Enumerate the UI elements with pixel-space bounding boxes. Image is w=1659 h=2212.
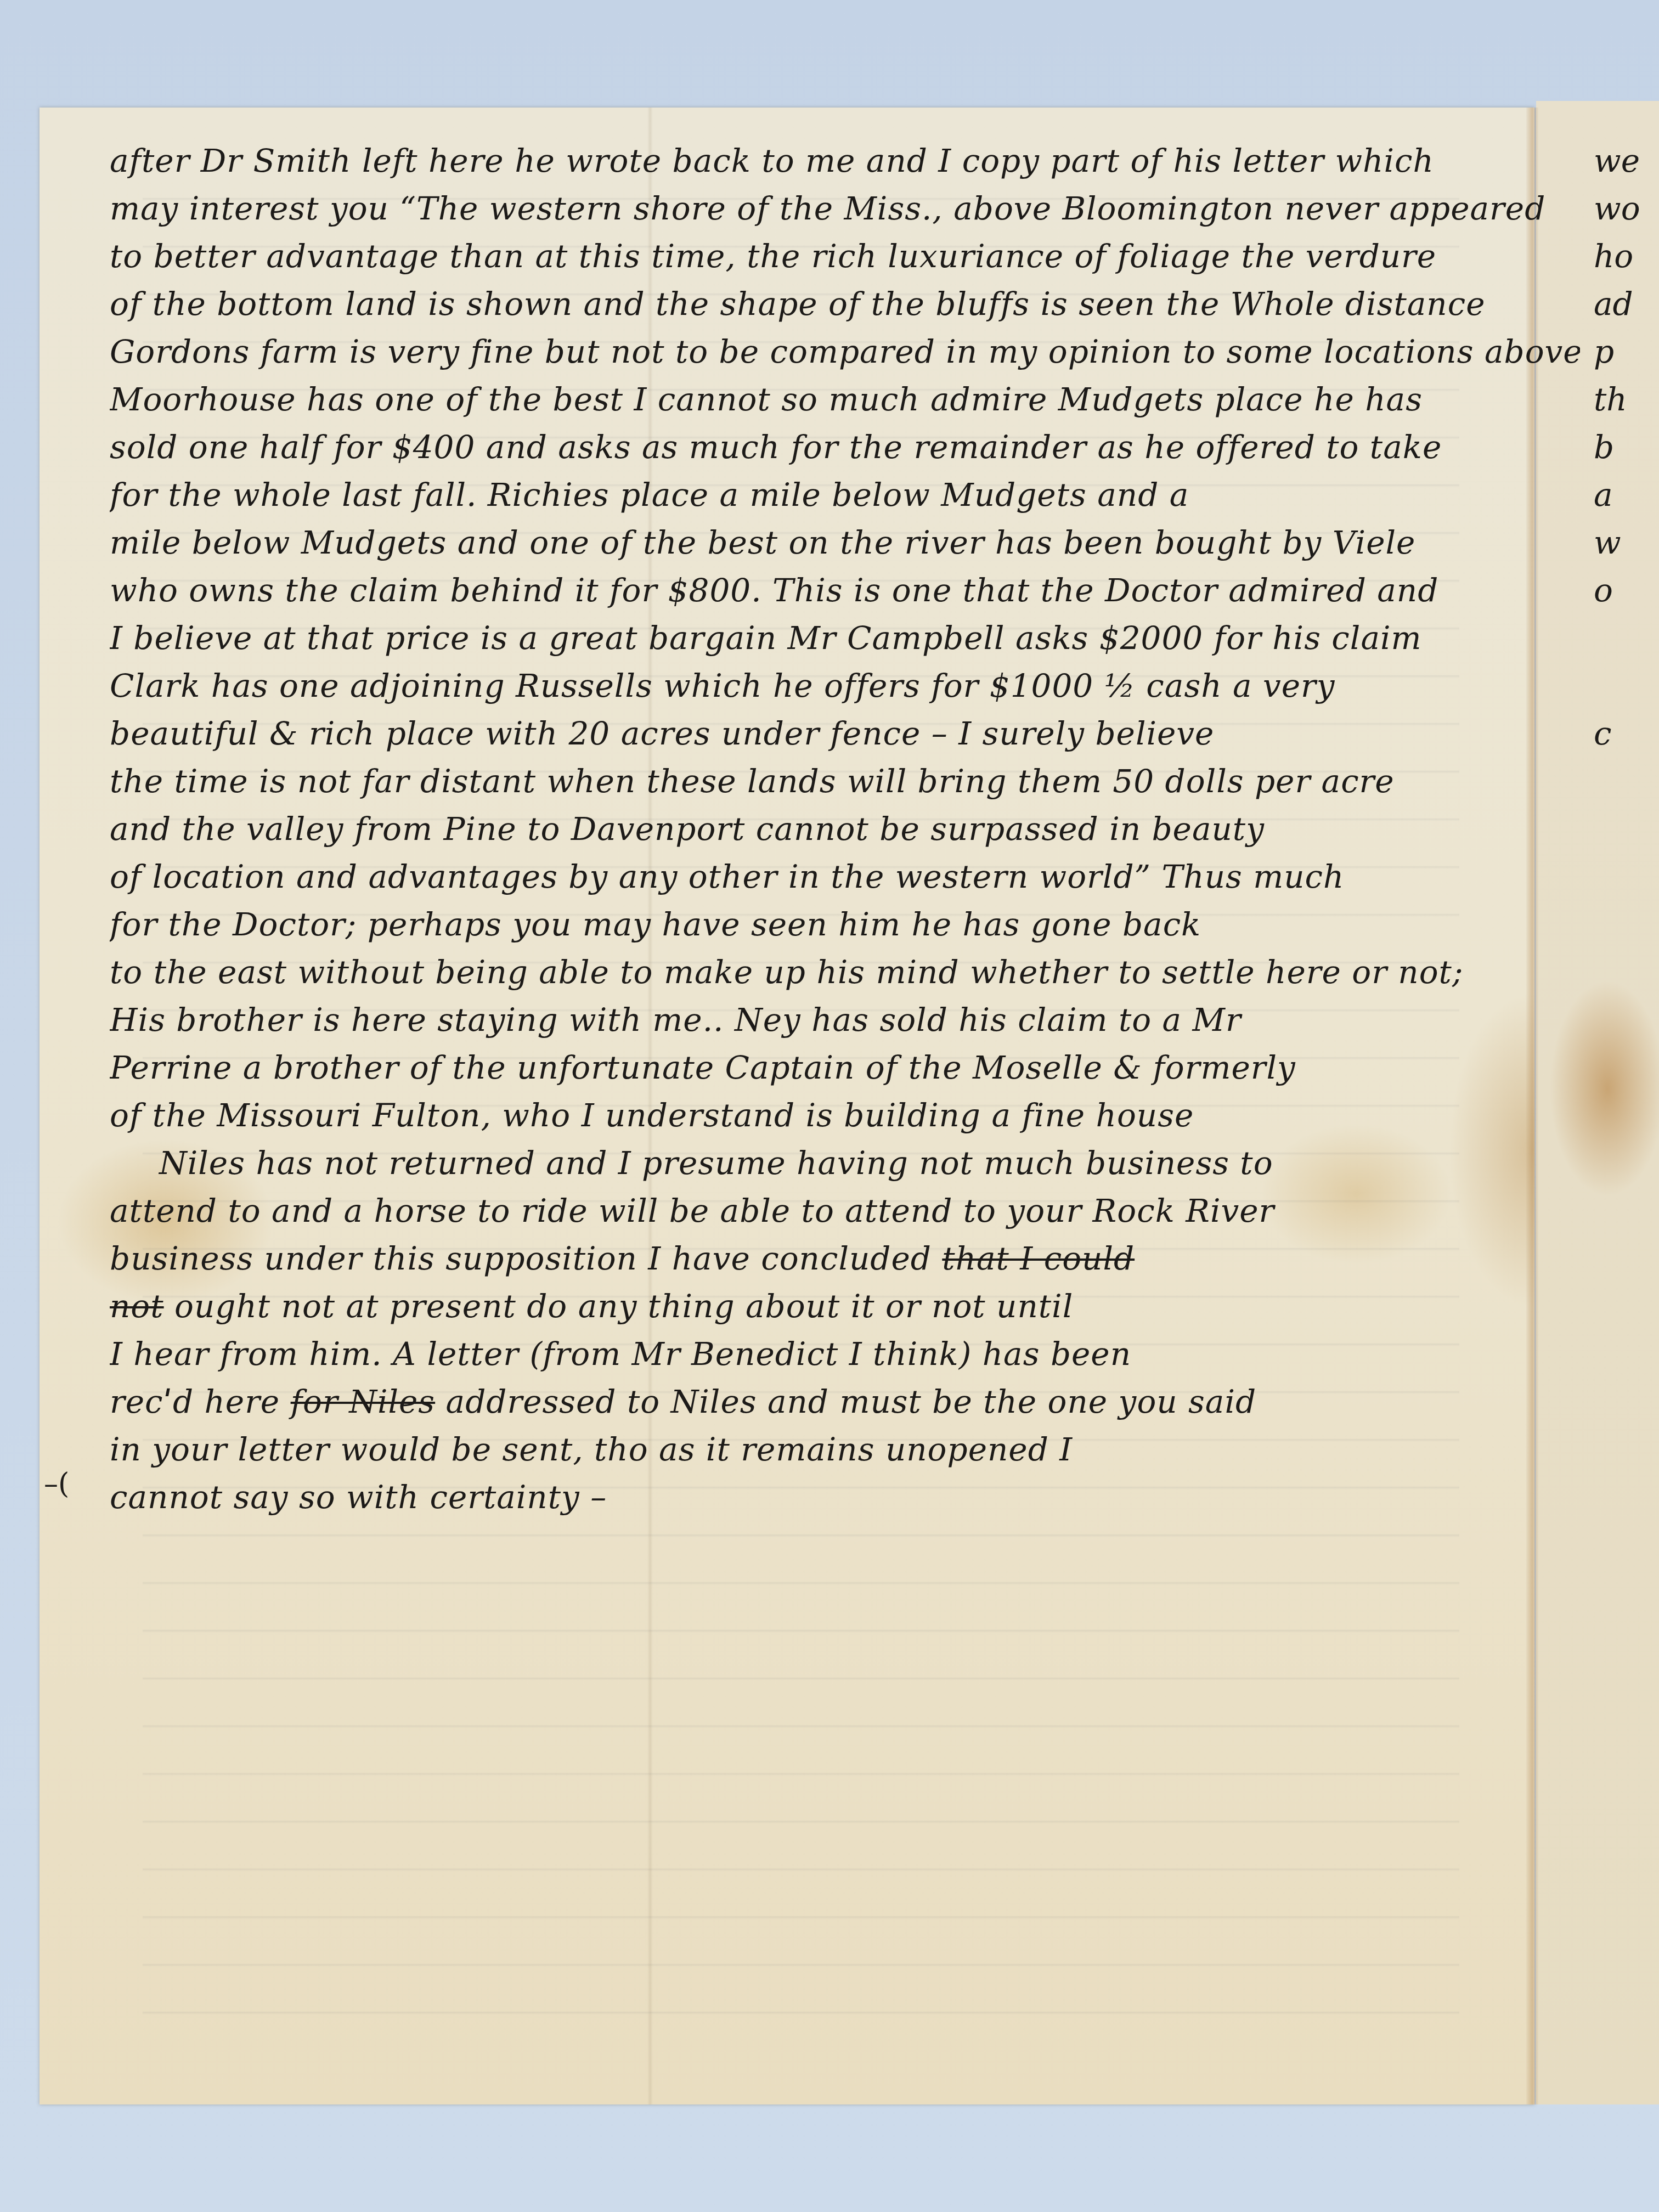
letter-line: Moorhouse has one of the best I cannot s… (110, 376, 1580, 424)
letter-line: who owns the claim behind it for $800. T… (110, 567, 1580, 614)
adjacent-page-fragment: c (1594, 710, 1654, 758)
letter-line: recˈd here for Niles addressed to Niles … (110, 1378, 1580, 1426)
adjacent-page-fragment: ad (1594, 280, 1654, 328)
letter-line: Perrine a brother of the unfortunate Cap… (110, 1044, 1580, 1092)
letter-line: mile below Mudgets and one of the best o… (110, 519, 1580, 567)
adjacent-page-fragment: b (1594, 424, 1654, 471)
adjacent-page-fragment: a (1594, 471, 1654, 519)
letter-line: for the Doctor; perhaps you may have see… (110, 901, 1580, 949)
letter-line: I believe at that price is a great barga… (110, 614, 1580, 662)
letter-line: in your letter would be sent, tho as it … (110, 1426, 1580, 1474)
letter-line: Clark has one adjoining Russells which h… (110, 662, 1580, 710)
adjacent-page-fragment: wo (1594, 185, 1654, 233)
adjacent-page-fragment: p (1594, 328, 1654, 376)
letter-line: cannot say so with certainty – (110, 1474, 1580, 1521)
struck-text: not (110, 1288, 164, 1325)
letter-line: Gordons farm is very fine but not to be … (110, 328, 1580, 376)
letter-line: business under this supposition I have c… (110, 1235, 1580, 1283)
letter-line: and the valley from Pine to Davenport ca… (110, 805, 1580, 853)
letter-body: after Dr Smith left here he wrote back t… (110, 137, 1580, 1521)
adjacent-page-fragment: w (1594, 519, 1654, 567)
adjacent-page-fragment: we (1594, 137, 1654, 185)
struck-text: for Niles (291, 1383, 436, 1420)
adjacent-page-fragment (1594, 662, 1654, 710)
letter-line: of location and advantages by any other … (110, 853, 1580, 901)
letter-line: the time is not far distant when these l… (110, 758, 1580, 805)
adjacent-page-fragment (1594, 614, 1654, 662)
letter-line: of the Missouri Fulton, who I understand… (110, 1092, 1580, 1139)
letter-line: not ought not at present do any thing ab… (110, 1283, 1580, 1330)
letter-line: of the bottom land is shown and the shap… (110, 280, 1580, 328)
letter-line: for the whole last fall. Richies place a… (110, 471, 1580, 519)
letter-line: may interest you “The western shore of t… (110, 185, 1580, 233)
adjacent-page-fragment: ho (1594, 233, 1654, 280)
letter-line: Niles has not returned and I presume hav… (110, 1139, 1580, 1187)
struck-text: that I could (942, 1240, 1135, 1277)
letter-line: I hear from him. A letter (from Mr Bened… (110, 1330, 1580, 1378)
letter-line: His brother is here staying with me.. Ne… (110, 996, 1580, 1044)
letter-line: sold one half for $400 and asks as much … (110, 424, 1580, 471)
letter-line: to the east without being able to make u… (110, 949, 1580, 996)
adjacent-page-fragment: o (1594, 567, 1654, 614)
margin-mark: –( (44, 1468, 69, 1500)
adjacent-page-text: wewohoadpthbawoc (1594, 137, 1654, 758)
letter-line: after Dr Smith left here he wrote back t… (110, 137, 1580, 185)
letter-line: attend to and a horse to ride will be ab… (110, 1187, 1580, 1235)
letter-line: to better advantage than at this time, t… (110, 233, 1580, 280)
letter-line: beautiful & rich place with 20 acres und… (110, 710, 1580, 758)
adjacent-page-fragment: th (1594, 376, 1654, 424)
